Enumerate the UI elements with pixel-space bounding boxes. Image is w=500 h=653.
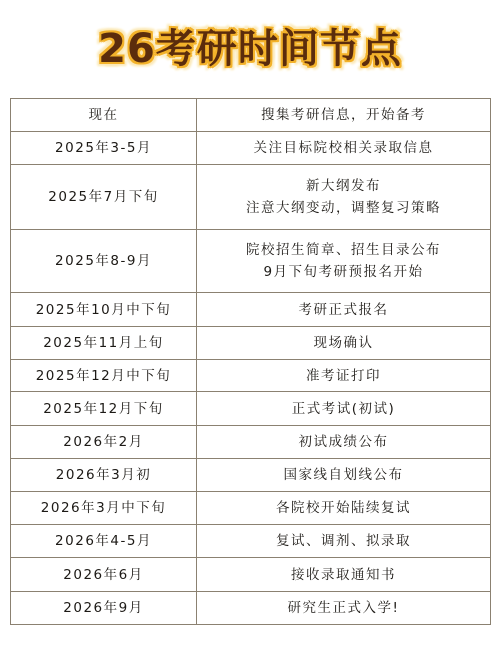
table-row: 2025年12月中下旬准考证打印 <box>11 360 491 392</box>
event-line: 现场确认 <box>197 332 490 354</box>
table-row: 2025年3-5月关注目标院校相关录取信息 <box>11 132 491 165</box>
event-line: 初试成绩公布 <box>197 431 490 453</box>
event-line: 注意大纲变动，调整复习策略 <box>197 197 490 219</box>
page-title: 26考研时间节点 <box>0 22 500 76</box>
date-cell: 现在 <box>11 99 197 132</box>
event-line: 接收录取通知书 <box>197 564 490 586</box>
event-line: 新大纲发布 <box>197 175 490 197</box>
table-row: 2026年4-5月复试、调剂、拟录取 <box>11 525 491 558</box>
date-cell: 2026年4-5月 <box>11 525 197 558</box>
timeline-table: 现在搜集考研信息，开始备考2025年3-5月关注目标院校相关录取信息2025年7… <box>10 98 491 625</box>
date-cell: 2026年3月中下旬 <box>11 492 197 525</box>
table-row: 2025年11月上旬现场确认 <box>11 327 491 360</box>
date-cell: 2025年12月下旬 <box>11 392 197 426</box>
date-cell: 2025年8-9月 <box>11 230 197 293</box>
event-cell: 研究生正式入学! <box>197 592 491 625</box>
event-cell: 新大纲发布注意大纲变动，调整复习策略 <box>197 165 491 230</box>
event-cell: 院校招生简章、招生目录公布9月下旬考研预报名开始 <box>197 230 491 293</box>
date-cell: 2025年3-5月 <box>11 132 197 165</box>
timeline-body: 现在搜集考研信息，开始备考2025年3-5月关注目标院校相关录取信息2025年7… <box>11 99 491 625</box>
event-line: 院校招生简章、招生目录公布 <box>197 239 490 261</box>
event-cell: 准考证打印 <box>197 360 491 392</box>
event-line: 关注目标院校相关录取信息 <box>197 137 490 159</box>
table-row: 2025年12月下旬正式考试(初试) <box>11 392 491 426</box>
date-cell: 2025年7月下旬 <box>11 165 197 230</box>
table-row: 2026年3月初国家线自划线公布 <box>11 459 491 492</box>
table-row: 2026年2月初试成绩公布 <box>11 426 491 459</box>
table-row: 现在搜集考研信息，开始备考 <box>11 99 491 132</box>
event-cell: 国家线自划线公布 <box>197 459 491 492</box>
date-cell: 2026年3月初 <box>11 459 197 492</box>
event-cell: 各院校开始陆续复试 <box>197 492 491 525</box>
date-cell: 2025年11月上旬 <box>11 327 197 360</box>
table-row: 2025年7月下旬新大纲发布注意大纲变动，调整复习策略 <box>11 165 491 230</box>
event-line: 各院校开始陆续复试 <box>197 497 490 519</box>
event-cell: 现场确认 <box>197 327 491 360</box>
event-cell: 关注目标院校相关录取信息 <box>197 132 491 165</box>
event-cell: 正式考试(初试) <box>197 392 491 426</box>
event-line: 正式考试(初试) <box>197 398 490 420</box>
event-line: 9月下旬考研预报名开始 <box>197 261 490 283</box>
event-cell: 接收录取通知书 <box>197 558 491 592</box>
event-line: 考研正式报名 <box>197 299 490 321</box>
date-cell: 2026年6月 <box>11 558 197 592</box>
event-line: 研究生正式入学! <box>197 597 490 619</box>
event-cell: 搜集考研信息，开始备考 <box>197 99 491 132</box>
event-line: 国家线自划线公布 <box>197 464 490 486</box>
table-row: 2025年8-9月院校招生简章、招生目录公布9月下旬考研预报名开始 <box>11 230 491 293</box>
event-cell: 考研正式报名 <box>197 293 491 327</box>
event-cell: 初试成绩公布 <box>197 426 491 459</box>
event-line: 准考证打印 <box>197 365 490 387</box>
event-line: 搜集考研信息，开始备考 <box>197 104 490 126</box>
event-line: 复试、调剂、拟录取 <box>197 530 490 552</box>
date-cell: 2026年9月 <box>11 592 197 625</box>
table-row: 2026年6月接收录取通知书 <box>11 558 491 592</box>
event-cell: 复试、调剂、拟录取 <box>197 525 491 558</box>
table-row: 2026年3月中下旬各院校开始陆续复试 <box>11 492 491 525</box>
date-cell: 2026年2月 <box>11 426 197 459</box>
table-row: 2026年9月研究生正式入学! <box>11 592 491 625</box>
date-cell: 2025年12月中下旬 <box>11 360 197 392</box>
date-cell: 2025年10月中下旬 <box>11 293 197 327</box>
table-row: 2025年10月中下旬考研正式报名 <box>11 293 491 327</box>
